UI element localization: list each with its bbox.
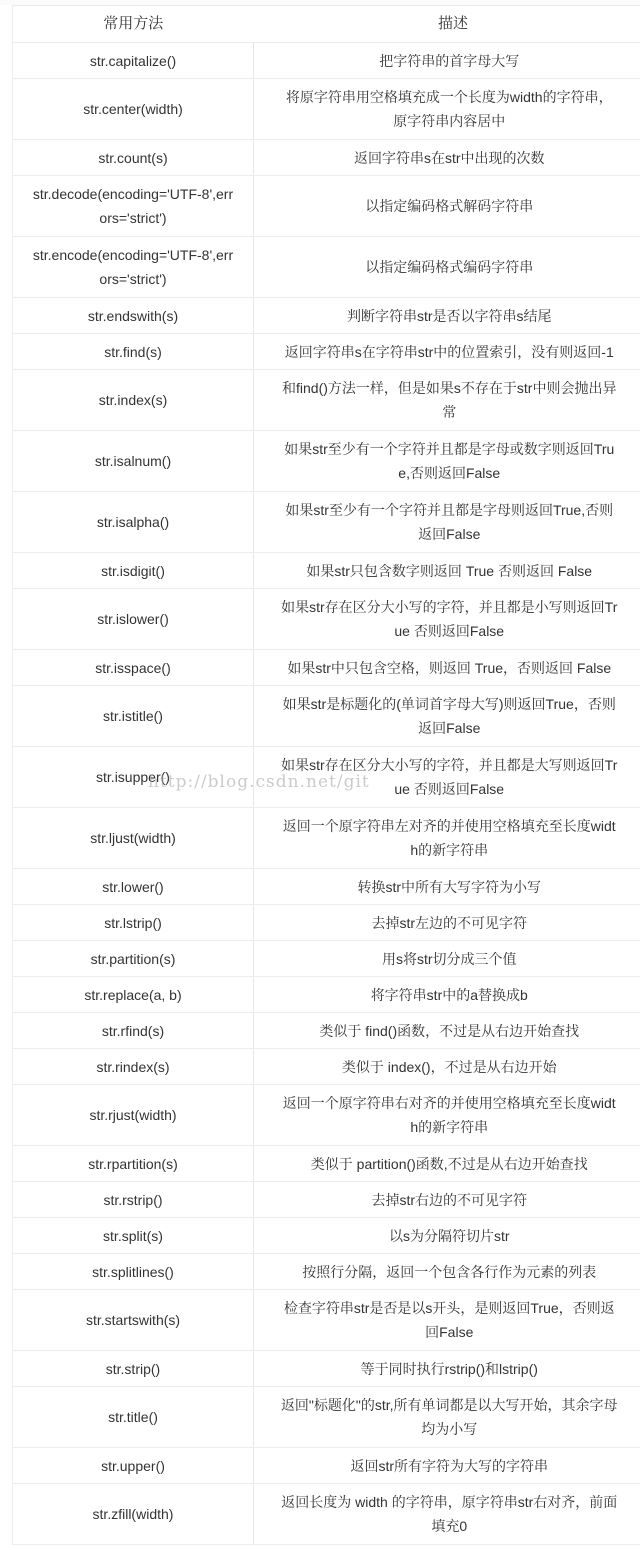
description-cell: 如果str存在区分大小写的字符，并且都是大写则返回True 否则返回False	[254, 747, 640, 808]
description-text: h的新字符串	[260, 1115, 639, 1139]
method-cell: str.rjust(width)	[13, 1085, 254, 1146]
table-row: str.center(width)将原字符串用空格填充成一个长度为width的字…	[13, 79, 640, 140]
description-cell: 类似于 partition()函数,不过是从右边开始查找	[254, 1146, 640, 1182]
method-cell: str.decode(encoding='UTF-8',errors='stri…	[13, 176, 254, 237]
method-text: str.title()	[19, 1405, 247, 1429]
description-text: 如果str只包含数字则返回 True 否则返回 False	[260, 559, 639, 583]
method-text: ors='strict')	[19, 267, 247, 291]
method-cell: str.rfind(s)	[13, 1013, 254, 1049]
method-text: str.isalpha()	[19, 510, 247, 534]
method-text: str.zfill(width)	[19, 1502, 247, 1526]
method-text: str.ljust(width)	[19, 826, 247, 850]
description-cell: 等于同时执行rstrip()和lstrip()	[254, 1351, 640, 1387]
description-cell: 把字符串的首字母大写	[254, 43, 640, 79]
method-text: str.split(s)	[19, 1224, 247, 1248]
method-text: str.lower()	[19, 875, 247, 899]
method-cell: str.capitalize()	[13, 43, 254, 79]
table-row: str.isdigit()如果str只包含数字则返回 True 否则返回 Fal…	[13, 553, 640, 589]
description-cell: 按照行分隔，返回一个包含各行作为元素的列表	[254, 1254, 640, 1290]
description-cell: 如果str中只包含空格，则返回 True，否则返回 False	[254, 650, 640, 686]
table-row: str.islower()如果str存在区分大小写的字符，并且都是小写则返回Tr…	[13, 589, 640, 650]
table-row: str.decode(encoding='UTF-8',errors='stri…	[13, 176, 640, 237]
table-row: str.rstrip()去掉str右边的不可见字符	[13, 1182, 640, 1218]
table-row: str.zfill(width)返回长度为 width 的字符串，原字符串str…	[13, 1484, 640, 1545]
description-text: 返回字符串s在字符串str中的位置索引，没有则返回-1	[260, 340, 639, 364]
description-cell: 如果str是标题化的(单词首字母大写)则返回True，否则返回False	[254, 686, 640, 747]
method-cell: str.islower()	[13, 589, 254, 650]
method-cell: str.replace(a, b)	[13, 977, 254, 1013]
description-cell: 检查字符串str是否是以s开头，是则返回True，否则返回False	[254, 1290, 640, 1351]
method-cell: str.isdigit()	[13, 553, 254, 589]
method-text: str.startswith(s)	[19, 1308, 247, 1332]
table-row: str.rpartition(s)类似于 partition()函数,不过是从右…	[13, 1146, 640, 1182]
method-text: str.upper()	[19, 1454, 247, 1478]
description-text: 等于同时执行rstrip()和lstrip()	[260, 1357, 639, 1381]
method-text: str.rfind(s)	[19, 1019, 247, 1043]
method-text: str.rindex(s)	[19, 1055, 247, 1079]
description-text: 如果str中只包含空格，则返回 True，否则返回 False	[260, 656, 639, 680]
description-text: 回False	[260, 1320, 639, 1344]
description-cell: 返回str所有字符为大写的字符串	[254, 1448, 640, 1484]
description-cell: 将原字符串用空格填充成一个长度为width的字符串，原字符串内容居中	[254, 79, 640, 140]
method-text: str.rjust(width)	[19, 1103, 247, 1127]
description-cell: 以指定编码格式编码字符串	[254, 237, 640, 298]
method-cell: str.isalpha()	[13, 492, 254, 553]
method-cell: str.isalnum()	[13, 431, 254, 492]
method-text: str.find(s)	[19, 340, 247, 364]
method-cell: str.rindex(s)	[13, 1049, 254, 1085]
description-cell: 将字符串str中的a替换成b	[254, 977, 640, 1013]
description-cell: 返回"标题化"的str,所有单词都是以大写开始，其余字母均为小写	[254, 1387, 640, 1448]
method-text: str.center(width)	[19, 97, 247, 121]
table-row: str.splitlines()按照行分隔，返回一个包含各行作为元素的列表	[13, 1254, 640, 1290]
method-cell: str.title()	[13, 1387, 254, 1448]
method-cell: str.index(s)	[13, 370, 254, 431]
table-row: str.isalnum()如果str至少有一个字符并且都是字母或数字则返回Tru…	[13, 431, 640, 492]
method-text: str.rpartition(s)	[19, 1152, 247, 1176]
table-row: str.isspace()如果str中只包含空格，则返回 True，否则返回 F…	[13, 650, 640, 686]
method-text: str.encode(encoding='UTF-8',err	[19, 243, 247, 267]
method-text: str.strip()	[19, 1357, 247, 1381]
description-cell: 如果str只包含数字则返回 True 否则返回 False	[254, 553, 640, 589]
table-row: str.lstrip()去掉str左边的不可见字符	[13, 905, 640, 941]
method-cell: str.rstrip()	[13, 1182, 254, 1218]
description-text: 常	[260, 400, 639, 424]
method-text: str.isdigit()	[19, 559, 247, 583]
description-text: e,否则返回False	[260, 461, 639, 485]
method-cell: str.isspace()	[13, 650, 254, 686]
description-text: 返回False	[260, 716, 639, 740]
method-cell: str.istitle()	[13, 686, 254, 747]
description-text: 返回一个原字符串右对齐的并使用空格填充至长度widt	[260, 1091, 639, 1115]
description-cell: 和find()方法一样，但是如果s不存在于str中则会抛出异常	[254, 370, 640, 431]
description-text: 转换str中所有大写字符为小写	[260, 875, 639, 899]
method-text: str.count(s)	[19, 146, 247, 170]
description-cell: 去掉str右边的不可见字符	[254, 1182, 640, 1218]
description-text: 返回长度为 width 的字符串，原字符串str右对齐，前面	[260, 1490, 639, 1514]
method-text: str.decode(encoding='UTF-8',err	[19, 182, 247, 206]
method-cell: str.find(s)	[13, 334, 254, 370]
description-text: 如果str存在区分大小写的字符，并且都是小写则返回Tr	[260, 595, 639, 619]
description-cell: 以s为分隔符切片str	[254, 1218, 640, 1254]
description-text: 将原字符串用空格填充成一个长度为width的字符串，	[260, 85, 639, 109]
table-row: str.isalpha()如果str至少有一个字符并且都是字母则返回True,否…	[13, 492, 640, 553]
description-text: 均为小写	[260, 1417, 639, 1441]
method-text: str.islower()	[19, 607, 247, 631]
description-text: 类似于 find()函数，不过是从右边开始查找	[260, 1019, 639, 1043]
method-text: str.replace(a, b)	[19, 983, 247, 1007]
description-text: 如果str至少有一个字符并且都是字母则返回True,否则	[260, 498, 639, 522]
method-cell: str.splitlines()	[13, 1254, 254, 1290]
description-cell: 以指定编码格式解码字符串	[254, 176, 640, 237]
description-text: 去掉str右边的不可见字符	[260, 1188, 639, 1212]
description-text: 把字符串的首字母大写	[260, 49, 639, 73]
table-row: str.rindex(s)类似于 index()，不过是从右边开始	[13, 1049, 640, 1085]
method-text: str.lstrip()	[19, 911, 247, 935]
description-cell: 转换str中所有大写字符为小写	[254, 869, 640, 905]
description-text: ue 否则返回False	[260, 619, 639, 643]
description-cell: 返回字符串s在字符串str中的位置索引，没有则返回-1	[254, 334, 640, 370]
description-cell: 返回一个原字符串右对齐的并使用空格填充至长度width的新字符串	[254, 1085, 640, 1146]
method-text: str.endswith(s)	[19, 304, 247, 328]
table-row: str.capitalize()把字符串的首字母大写	[13, 43, 640, 79]
method-text: ors='strict')	[19, 206, 247, 230]
description-text: 和find()方法一样，但是如果s不存在于str中则会抛出异	[260, 376, 639, 400]
table-row: str.index(s)和find()方法一样，但是如果s不存在于str中则会抛…	[13, 370, 640, 431]
table-row: str.lower()转换str中所有大写字符为小写	[13, 869, 640, 905]
table-row: str.startswith(s)检查字符串str是否是以s开头，是则返回Tru…	[13, 1290, 640, 1351]
method-text: str.splitlines()	[19, 1260, 247, 1284]
description-text: 按照行分隔，返回一个包含各行作为元素的列表	[260, 1260, 639, 1284]
method-cell: str.endswith(s)	[13, 298, 254, 334]
method-text: str.isupper()	[19, 765, 247, 789]
description-text: 如果str是标题化的(单词首字母大写)则返回True，否则	[260, 692, 639, 716]
table-row: str.rjust(width)返回一个原字符串右对齐的并使用空格填充至长度wi…	[13, 1085, 640, 1146]
description-text: 以指定编码格式解码字符串	[260, 194, 639, 218]
description-cell: 用s将str切分成三个值	[254, 941, 640, 977]
method-cell: str.ljust(width)	[13, 808, 254, 869]
method-cell: str.center(width)	[13, 79, 254, 140]
table-row: str.strip()等于同时执行rstrip()和lstrip()	[13, 1351, 640, 1387]
method-cell: str.partition(s)	[13, 941, 254, 977]
table-row: str.encode(encoding='UTF-8',errors='stri…	[13, 237, 640, 298]
description-text: 返回字符串s在str中出现的次数	[260, 146, 639, 170]
description-text: h的新字符串	[260, 838, 639, 862]
method-cell: str.strip()	[13, 1351, 254, 1387]
description-text: 类似于 index()，不过是从右边开始	[260, 1055, 639, 1079]
method-text: str.istitle()	[19, 704, 247, 728]
table-row: str.endswith(s)判断字符串str是否以字符串s结尾	[13, 298, 640, 334]
table-row: str.title()返回"标题化"的str,所有单词都是以大写开始，其余字母均…	[13, 1387, 640, 1448]
table-header-row: 常用方法 描述	[13, 6, 640, 43]
method-text: str.capitalize()	[19, 49, 247, 73]
method-cell: str.upper()	[13, 1448, 254, 1484]
description-cell: 如果str至少有一个字符并且都是字母则返回True,否则返回False	[254, 492, 640, 553]
description-cell: 返回一个原字符串左对齐的并使用空格填充至长度width的新字符串	[254, 808, 640, 869]
method-cell: str.startswith(s)	[13, 1290, 254, 1351]
method-text: str.partition(s)	[19, 947, 247, 971]
description-text: 如果str至少有一个字符并且都是字母或数字则返回Tru	[260, 437, 639, 461]
method-cell: str.lstrip()	[13, 905, 254, 941]
description-text: 填充0	[260, 1514, 639, 1538]
method-text: str.index(s)	[19, 388, 247, 412]
table-row: str.find(s)返回字符串s在字符串str中的位置索引，没有则返回-1	[13, 334, 640, 370]
description-text: 返回一个原字符串左对齐的并使用空格填充至长度widt	[260, 814, 639, 838]
method-cell: str.split(s)	[13, 1218, 254, 1254]
table-row: str.isupper()如果str存在区分大小写的字符，并且都是大写则返回Tr…	[13, 747, 640, 808]
method-text: str.rstrip()	[19, 1188, 247, 1212]
header-method: 常用方法	[13, 6, 254, 43]
table-row: str.split(s)以s为分隔符切片str	[13, 1218, 640, 1254]
string-methods-table: 常用方法 描述 str.capitalize()把字符串的首字母大写str.ce…	[12, 5, 640, 1545]
table-row: str.upper()返回str所有字符为大写的字符串	[13, 1448, 640, 1484]
description-cell: 去掉str左边的不可见字符	[254, 905, 640, 941]
table-row: str.istitle()如果str是标题化的(单词首字母大写)则返回True，…	[13, 686, 640, 747]
description-text: 如果str存在区分大小写的字符，并且都是大写则返回Tr	[260, 753, 639, 777]
description-cell: 返回字符串s在str中出现的次数	[254, 140, 640, 176]
description-text: 检查字符串str是否是以s开头，是则返回True，否则返	[260, 1296, 639, 1320]
method-cell: str.zfill(width)	[13, 1484, 254, 1545]
description-text: 判断字符串str是否以字符串s结尾	[260, 304, 639, 328]
description-text: 原字符串内容居中	[260, 109, 639, 133]
description-cell: 如果str至少有一个字符并且都是字母或数字则返回True,否则返回False	[254, 431, 640, 492]
method-cell: str.isupper()	[13, 747, 254, 808]
description-text: 去掉str左边的不可见字符	[260, 911, 639, 935]
table-body: str.capitalize()把字符串的首字母大写str.center(wid…	[13, 43, 640, 1545]
description-text: 类似于 partition()函数,不过是从右边开始查找	[260, 1152, 639, 1176]
method-text: str.isspace()	[19, 656, 247, 680]
table-row: str.ljust(width)返回一个原字符串左对齐的并使用空格填充至长度wi…	[13, 808, 640, 869]
table-row: str.partition(s)用s将str切分成三个值	[13, 941, 640, 977]
description-text: 返回False	[260, 522, 639, 546]
description-text: 以s为分隔符切片str	[260, 1224, 639, 1248]
method-cell: str.rpartition(s)	[13, 1146, 254, 1182]
description-text: 将字符串str中的a替换成b	[260, 983, 639, 1007]
method-cell: str.encode(encoding='UTF-8',errors='stri…	[13, 237, 254, 298]
description-text: 以指定编码格式编码字符串	[260, 255, 639, 279]
description-cell: 判断字符串str是否以字符串s结尾	[254, 298, 640, 334]
description-cell: 如果str存在区分大小写的字符，并且都是小写则返回True 否则返回False	[254, 589, 640, 650]
method-cell: str.lower()	[13, 869, 254, 905]
description-cell: 返回长度为 width 的字符串，原字符串str右对齐，前面填充0	[254, 1484, 640, 1545]
table-row: str.count(s)返回字符串s在str中出现的次数	[13, 140, 640, 176]
header-description: 描述	[254, 6, 640, 43]
description-text: 用s将str切分成三个值	[260, 947, 639, 971]
table-row: str.rfind(s)类似于 find()函数，不过是从右边开始查找	[13, 1013, 640, 1049]
description-text: 返回"标题化"的str,所有单词都是以大写开始，其余字母	[260, 1393, 639, 1417]
table-row: str.replace(a, b)将字符串str中的a替换成b	[13, 977, 640, 1013]
description-cell: 类似于 index()，不过是从右边开始	[254, 1049, 640, 1085]
method-cell: str.count(s)	[13, 140, 254, 176]
method-text: str.isalnum()	[19, 449, 247, 473]
description-text: ue 否则返回False	[260, 777, 639, 801]
description-cell: 类似于 find()函数，不过是从右边开始查找	[254, 1013, 640, 1049]
description-text: 返回str所有字符为大写的字符串	[260, 1454, 639, 1478]
